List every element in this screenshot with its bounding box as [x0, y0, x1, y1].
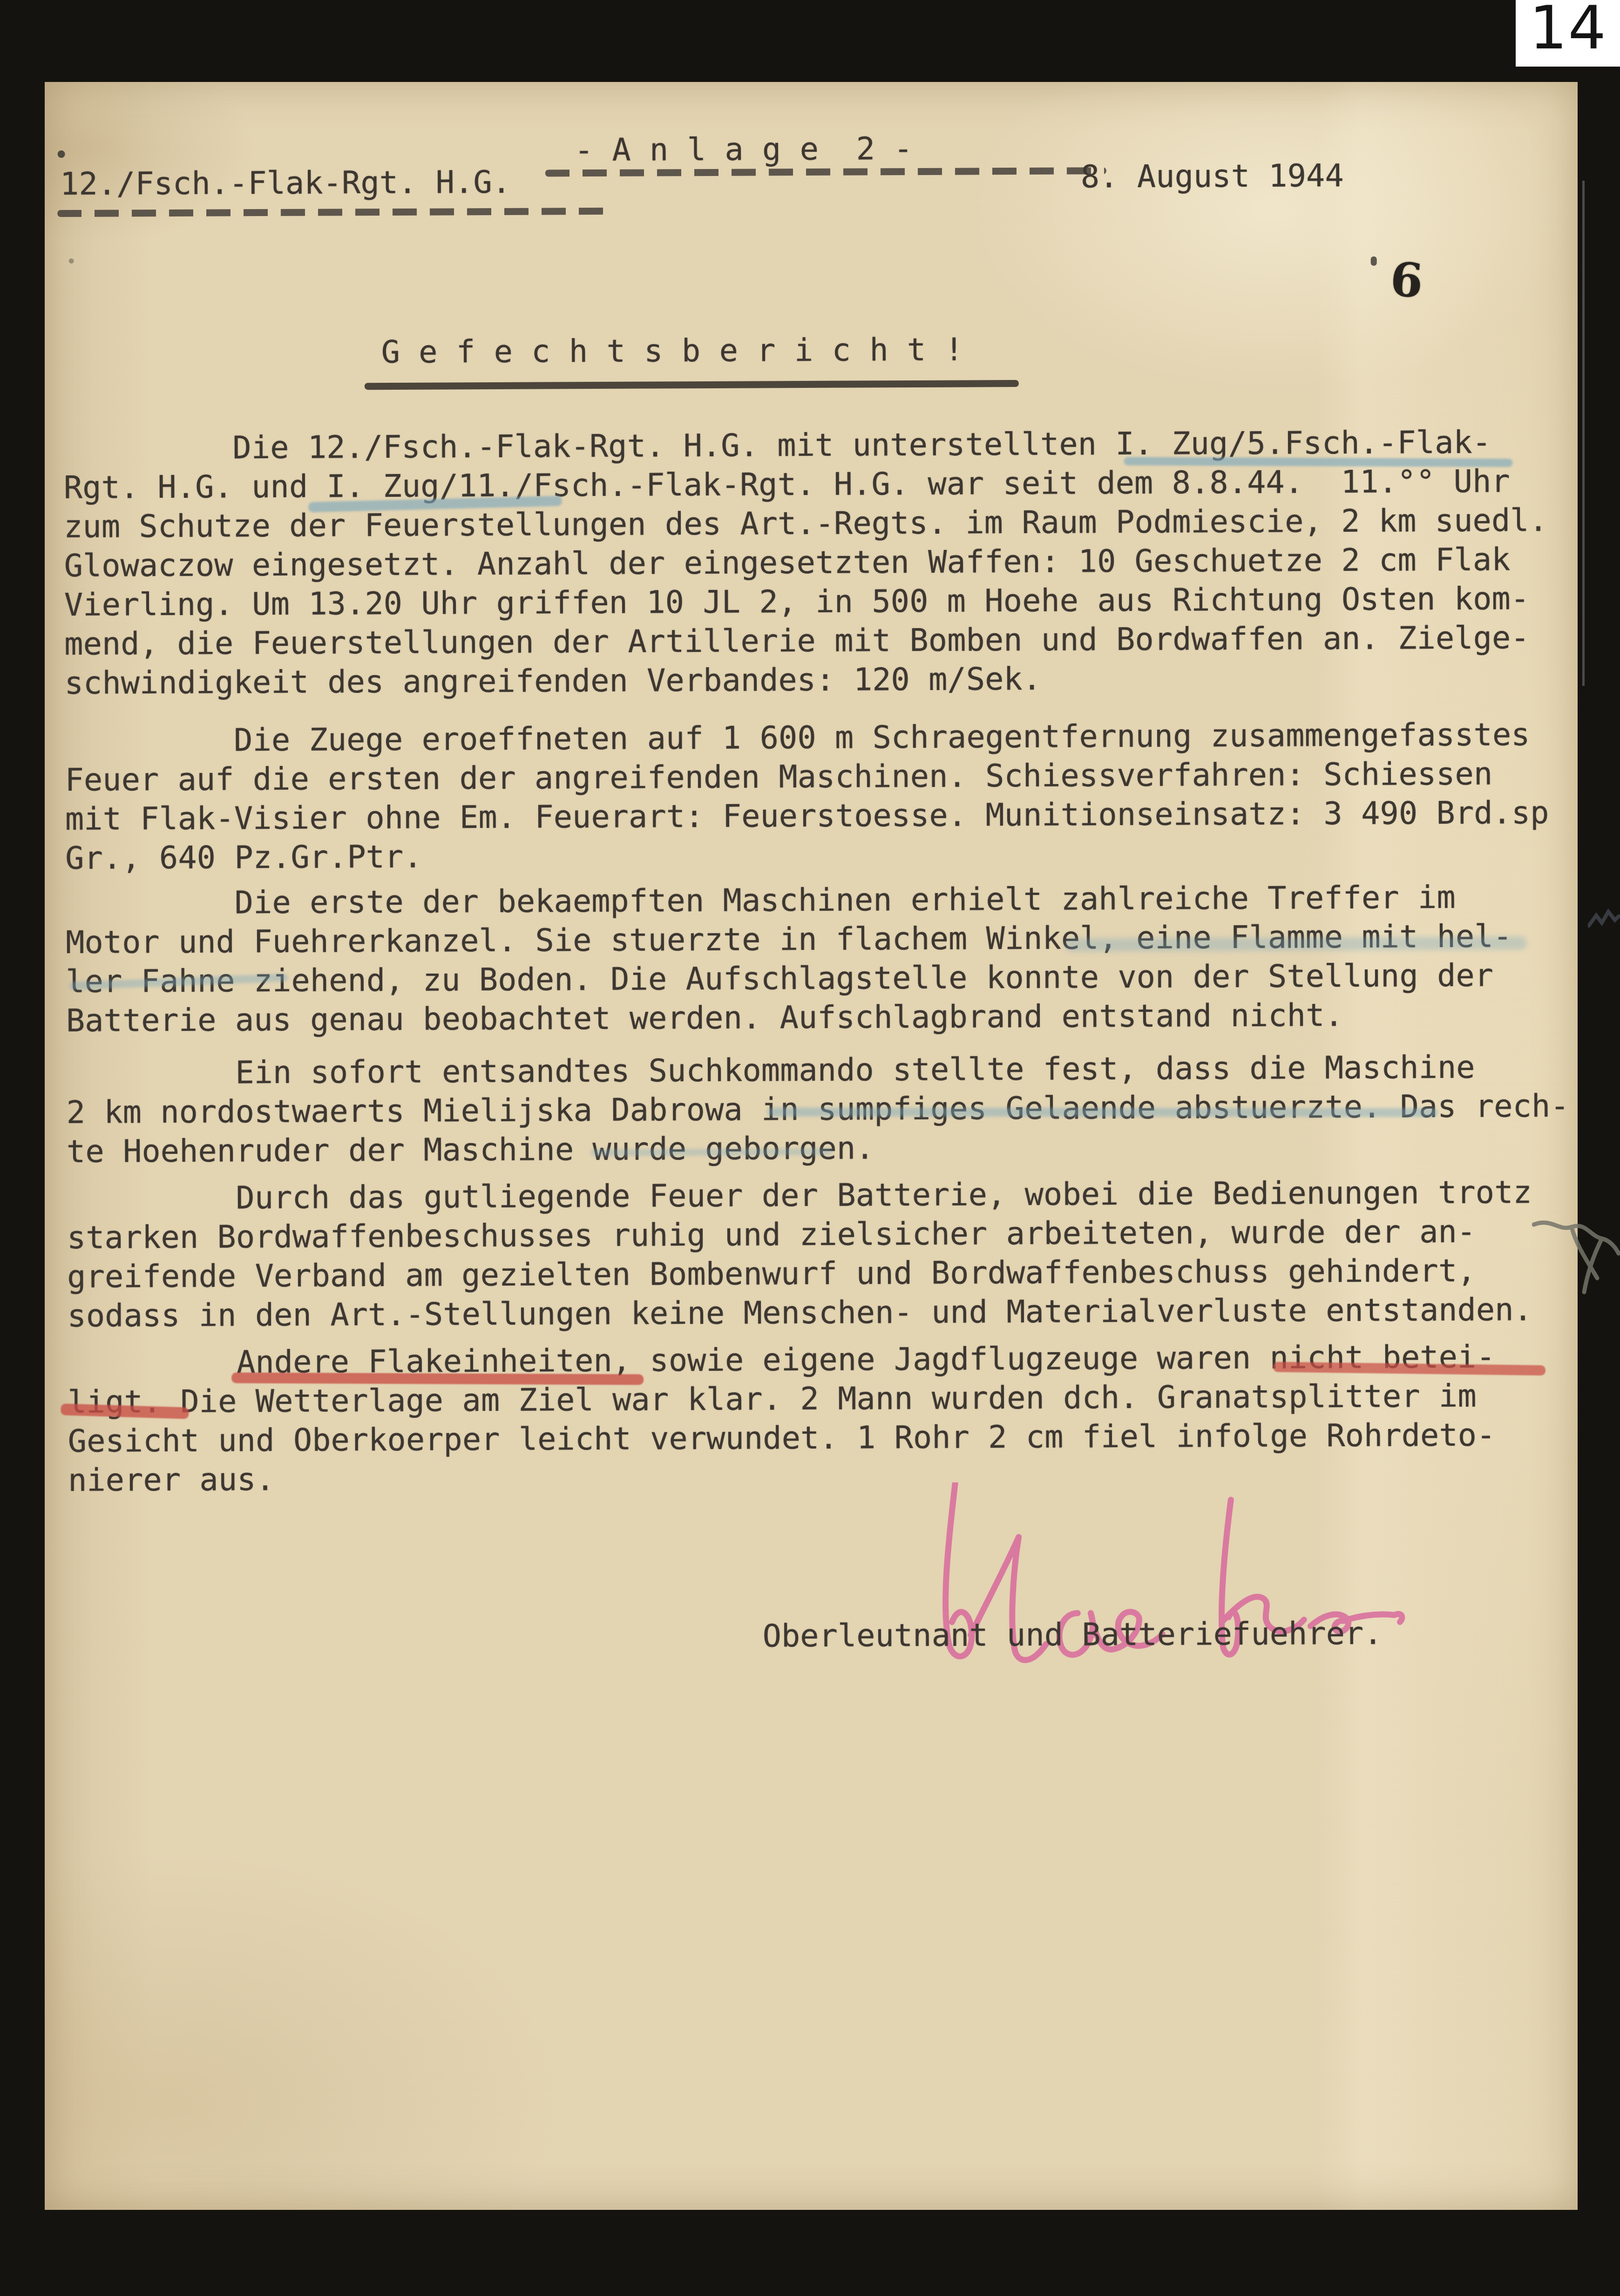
page-corner: 14 [1516, 0, 1620, 67]
unit-designation: 12./Fsch.-Flak-Rgt. H.G. [60, 163, 511, 203]
report-paragraph-5: Durch das gutliegende Feuer der Batterie… [67, 1172, 1532, 1335]
scanned-document-background: 12./Fsch.-Flak-Rgt. H.G. - A n l a g e 2… [0, 0, 1620, 2296]
ink-scratch-mark [1588, 907, 1620, 940]
page-number-label: 14 [1529, 0, 1607, 63]
blue-underline-annotation [590, 1148, 833, 1156]
report-paragraph-2: Die Zuege eroeffneten auf 1 600 m Schrae… [65, 715, 1549, 878]
paper-tear [1532, 1192, 1620, 1304]
report-title: G e f e c h t s b e r i c h t ! [381, 330, 963, 372]
unit-underline [57, 208, 614, 217]
signature-role-line: Oberleutnant und Batteriefuehrer. [762, 1614, 1382, 1656]
blue-underline-annotation [1124, 457, 1513, 467]
ink-dot-artifact [69, 258, 74, 264]
attachment-label: - A n l a g e 2 - [574, 129, 912, 169]
border-scratch-line [1582, 181, 1585, 686]
ink-dot-artifact [1371, 257, 1377, 266]
blue-underline-annotation [767, 1108, 1438, 1117]
report-paragraph-3: Die erste der bekaempften Maschinen erhi… [66, 877, 1512, 1040]
title-underline [365, 380, 1019, 390]
blue-underline-annotation [1065, 936, 1526, 951]
ink-dot-artifact [58, 150, 65, 158]
page-content: 12./Fsch.-Flak-Rgt. H.G. - A n l a g e 2… [0, 0, 1620, 2296]
stamp-number: 6 [1389, 251, 1424, 308]
red-underline-annotation [231, 1373, 644, 1385]
report-date: 8. August 1944 [1081, 156, 1344, 196]
